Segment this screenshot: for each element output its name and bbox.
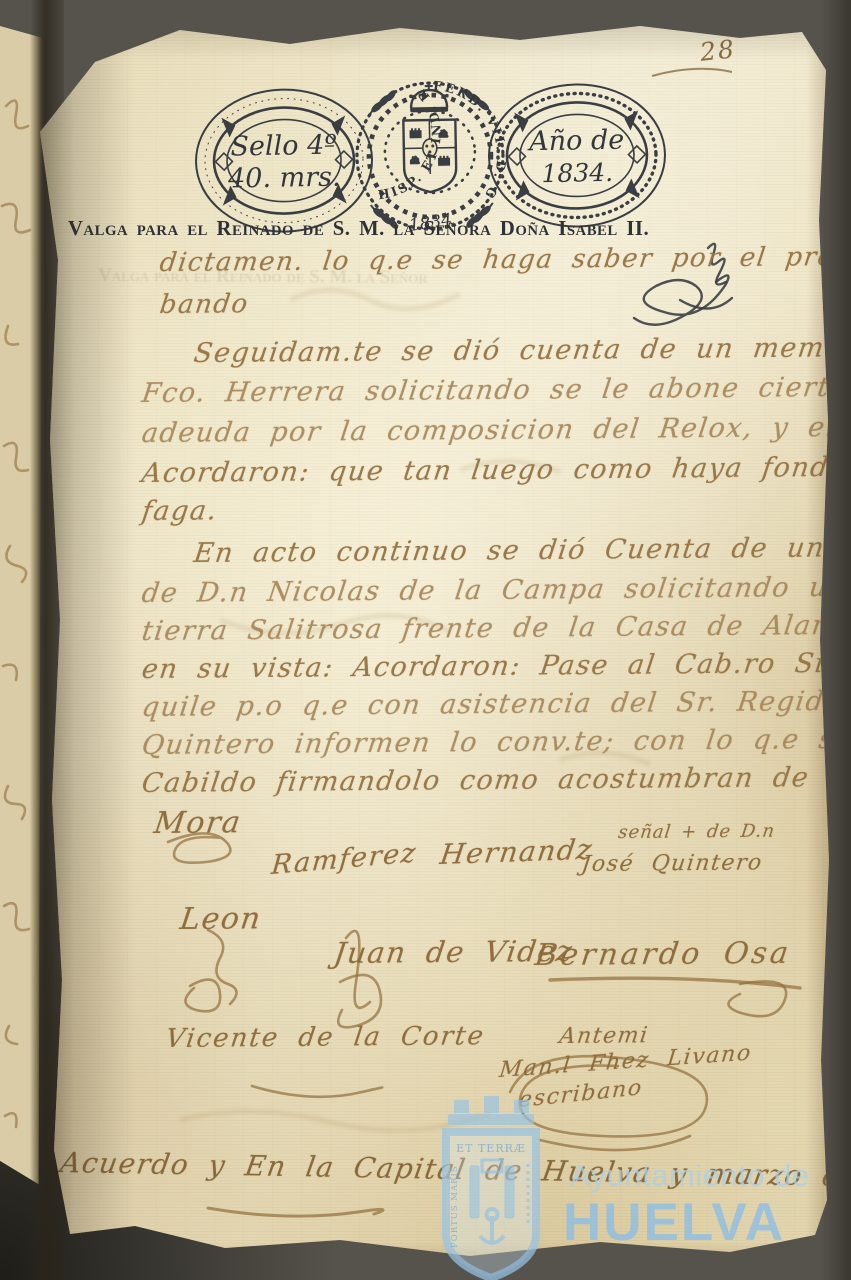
escribano-tail bbox=[540, 1136, 690, 1150]
manuscript-line: quile p.o q.e con asistencia del Sr. Reg… bbox=[140, 684, 851, 723]
stamp-right-line2: 1834. bbox=[541, 158, 613, 188]
manuscript-line: en su vista: Acordaron: Pase al Cab.ro S… bbox=[140, 647, 851, 685]
closing-underline bbox=[208, 1208, 383, 1216]
signature-corte: Vicente de la Corte bbox=[164, 1021, 487, 1054]
manuscript-line: tierra Salitrosa frente de la Casa de Al… bbox=[140, 609, 851, 647]
manuscript-line: En acto continuo se dió Cuenta de una in… bbox=[192, 531, 851, 569]
signature-senal-cross: señal + de D.n bbox=[617, 821, 776, 843]
signature-hernandez: Hernandz bbox=[438, 833, 595, 871]
manuscript-line: adeuda por la composicion del Relox, y e… bbox=[140, 411, 851, 449]
leon-rubric bbox=[208, 930, 237, 1004]
document-page: Sello 4º 40. mrs. Año de 1834. HISP. ET … bbox=[40, 0, 832, 1280]
manuscript-line: faga. bbox=[140, 495, 220, 527]
manuscript-line: bando bbox=[158, 289, 251, 320]
stamp-right-line1: Año de bbox=[526, 125, 625, 158]
manuscript-line: dictamen. lo q.e se haga saber por el pr… bbox=[158, 241, 851, 278]
printed-heading: Valga para el Reinado de S. M. la Señora… bbox=[68, 216, 708, 241]
folio-number: 28 bbox=[699, 34, 738, 67]
scanned-document: Sello 4º 40. mrs. Año de 1834. HISP. ET … bbox=[0, 0, 851, 1280]
center-swirl-rubric bbox=[338, 975, 381, 1027]
signature-mora: Mora bbox=[152, 805, 244, 841]
osa-stroke bbox=[550, 978, 800, 988]
stamp-left-line2: 40. mrs. bbox=[227, 162, 341, 195]
corte-rubric bbox=[252, 1086, 382, 1097]
stamp-left-line1: Sello 4º bbox=[230, 130, 337, 163]
signature-leon: Leon bbox=[178, 901, 264, 937]
left-swirl-rubric bbox=[185, 980, 220, 1012]
signature-quintero: José Quintero bbox=[580, 850, 764, 877]
signature-antemi: Antemi bbox=[558, 1023, 650, 1049]
manuscript-line: Seguidam.te se dió cuenta de un memorial… bbox=[192, 331, 851, 369]
signature-osa: Bernardo Osa bbox=[533, 936, 793, 973]
